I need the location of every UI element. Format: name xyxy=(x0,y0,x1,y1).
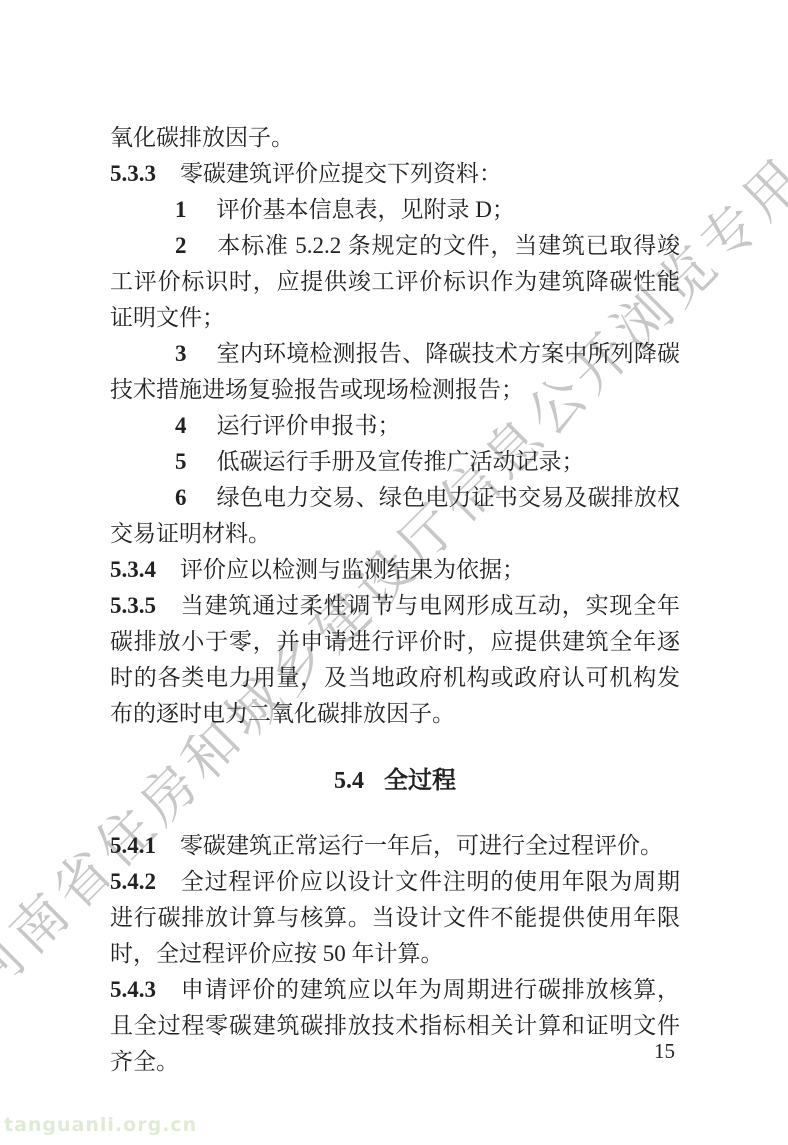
clause-paragraph: 5.4.1零碳建筑正常运行一年后，可进行全过程评价。 xyxy=(110,828,680,864)
item-number: 6 xyxy=(175,485,187,510)
section-number: 5.4 xyxy=(334,768,364,794)
clause-paragraph: 5.4.3申请评价的建筑应以年为周期进行碳排放核算，且全过程零碳建筑碳排放技术指… xyxy=(110,972,680,1080)
clause-number: 5.3.5 xyxy=(110,593,156,618)
clause-number: 5.3.3 xyxy=(110,161,156,186)
document-body: 氧化碳排放因子。5.3.3零碳建筑评价应提交下列资料：1评价基本信息表，见附录 … xyxy=(110,120,680,1080)
item-text: 绿色电力交易、绿色电力证书交易及碳排放权交易证明材料。 xyxy=(110,485,680,546)
clause-number: 5.4.3 xyxy=(110,977,156,1002)
list-item: 3室内环境检测报告、降碳技术方案中所列降碳技术措施进场复验报告或现场检测报告； xyxy=(110,336,680,408)
list-item: 6绿色电力交易、绿色电力证书交易及碳排放权交易证明材料。 xyxy=(110,480,680,552)
clause-text: 评价应以检测与监测结果为依据； xyxy=(180,557,525,582)
item-text: 评价基本信息表，见附录 D； xyxy=(217,197,515,222)
clause-paragraph: 5.4.2全过程评价应以设计文件注明的使用年限为周期进行碳排放计算与核算。当设计… xyxy=(110,864,680,972)
clause-number: 5.4.1 xyxy=(110,833,156,858)
section-title: 全过程 xyxy=(384,768,456,794)
item-number: 3 xyxy=(175,341,187,366)
section-heading: 5.4全过程 xyxy=(110,766,680,796)
clause-number: 5.4.2 xyxy=(110,869,156,894)
clause-text: 全过程评价应以设计文件注明的使用年限为周期进行碳排放计算与核算。当设计文件不能提… xyxy=(110,869,680,966)
clause-text: 零碳建筑评价应提交下列资料： xyxy=(180,161,502,186)
item-number: 2 xyxy=(175,233,187,258)
item-text: 本标准 5.2.2 条规定的文件，当建筑已取得竣工评价标识时，应提供竣工评价标识… xyxy=(110,233,680,330)
item-text: 室内环境检测报告、降碳技术方案中所列降碳技术措施进场复验报告或现场检测报告； xyxy=(110,341,680,402)
clause-paragraph: 5.3.4评价应以检测与监测结果为依据； xyxy=(110,552,680,588)
paragraph: 氧化碳排放因子。 xyxy=(110,120,680,156)
corner-watermark: tanguanli.org.cn xyxy=(4,1114,197,1136)
list-item: 5低碳运行手册及宣传推广活动记录； xyxy=(110,444,680,480)
item-number: 4 xyxy=(175,413,187,438)
clause-text: 零碳建筑正常运行一年后，可进行全过程评价。 xyxy=(180,833,663,858)
list-item: 2本标准 5.2.2 条规定的文件，当建筑已取得竣工评价标识时，应提供竣工评价标… xyxy=(110,228,680,336)
item-text: 低碳运行手册及宣传推广活动记录； xyxy=(217,449,585,474)
document-page: 河南省住房和城乡建设厅信息公开浏览专用 氧化碳排放因子。5.3.3零碳建筑评价应… xyxy=(0,0,788,1145)
item-number: 5 xyxy=(175,449,187,474)
list-item: 4运行评价申报书； xyxy=(110,408,680,444)
item-text: 运行评价申报书； xyxy=(217,413,401,438)
item-number: 1 xyxy=(175,197,187,222)
clause-number: 5.3.4 xyxy=(110,557,156,582)
clause-text: 申请评价的建筑应以年为周期进行碳排放核算，且全过程零碳建筑碳排放技术指标相关计算… xyxy=(110,977,680,1074)
clause-paragraph: 5.3.5当建筑通过柔性调节与电网形成互动，实现全年碳排放小于零，并申请进行评价… xyxy=(110,588,680,732)
list-item: 1评价基本信息表，见附录 D； xyxy=(110,192,680,228)
clause-paragraph: 5.3.3零碳建筑评价应提交下列资料： xyxy=(110,156,680,192)
plain-text: 氧化碳排放因子。 xyxy=(110,125,294,150)
clause-text: 当建筑通过柔性调节与电网形成互动，实现全年碳排放小于零，并申请进行评价时，应提供… xyxy=(110,593,680,726)
page-number: 15 xyxy=(654,1039,675,1063)
